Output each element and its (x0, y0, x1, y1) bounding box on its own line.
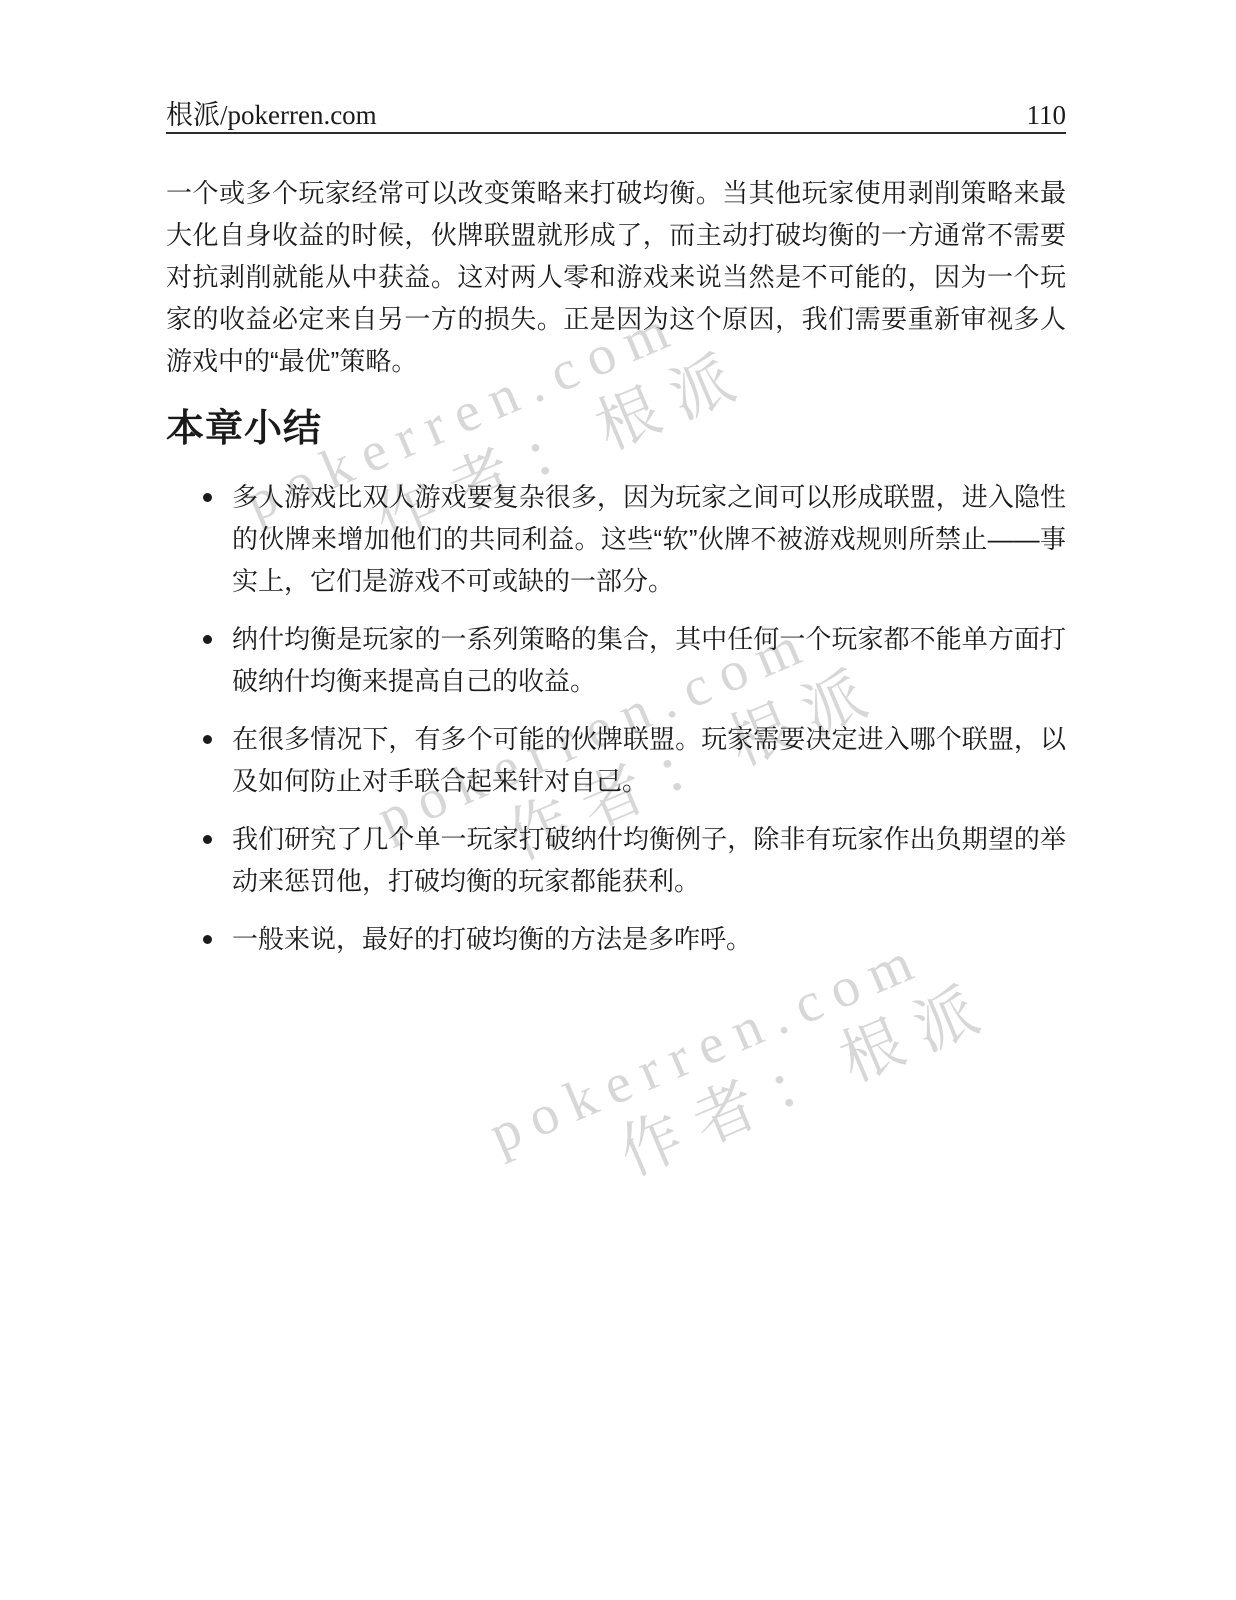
list-item: 我们研究了几个单一玩家打破纳什均衡例子，除非有玩家作出负期望的举动来惩罚他，打破… (166, 818, 1066, 902)
page-number: 110 (1027, 98, 1067, 132)
bullet-icon (203, 835, 212, 844)
intro-paragraph: 一个或多个玩家经常可以改变策略来打破均衡。当其他玩家使用剥削策略来最大化自身收益… (166, 172, 1066, 382)
document-page: pokerren.com 作者：根派 pokerren.com 作者：根派 po… (0, 0, 1236, 1600)
list-item-text: 在很多情况下，有多个可能的伙牌联盟。玩家需要决定进入哪个联盟，以及如何防止对手联… (232, 718, 1066, 802)
watermark-author-text: 作者：根派 (607, 964, 1007, 1194)
list-item-text: 一般来说，最好的打破均衡的方法是多咋呼。 (232, 918, 1066, 960)
list-item-text: 多人游戏比双人游戏要复杂很多，因为玩家之间可以形成联盟，进入隐性的伙牌来增加他们… (232, 476, 1066, 602)
page-header: 根派/pokerren.com 110 (166, 98, 1066, 134)
bullet-icon (203, 735, 212, 744)
list-item: 纳什均衡是玩家的一系列策略的集合，其中任何一个玩家都不能单方面打破纳什均衡来提高… (166, 618, 1066, 702)
list-item-text: 纳什均衡是玩家的一系列策略的集合，其中任何一个玩家都不能单方面打破纳什均衡来提高… (232, 618, 1066, 702)
list-item: 在很多情况下，有多个可能的伙牌联盟。玩家需要决定进入哪个联盟，以及如何防止对手联… (166, 718, 1066, 802)
page-content: 根派/pokerren.com 110 一个或多个玩家经常可以改变策略来打破均衡… (166, 98, 1066, 960)
list-item: 一般来说，最好的打破均衡的方法是多咋呼。 (166, 918, 1066, 960)
list-item: 多人游戏比双人游戏要复杂很多，因为玩家之间可以形成联盟，进入隐性的伙牌来增加他们… (166, 476, 1066, 602)
header-site-label: 根派/pokerren.com (166, 98, 377, 132)
section-heading: 本章小结 (166, 406, 1066, 452)
bullet-icon (203, 935, 212, 944)
bullet-icon (203, 635, 212, 644)
summary-list: 多人游戏比双人游戏要复杂很多，因为玩家之间可以形成联盟，进入隐性的伙牌来增加他们… (166, 476, 1066, 960)
bullet-icon (203, 493, 212, 502)
list-item-text: 我们研究了几个单一玩家打破纳什均衡例子，除非有玩家作出负期望的举动来惩罚他，打破… (232, 818, 1066, 902)
